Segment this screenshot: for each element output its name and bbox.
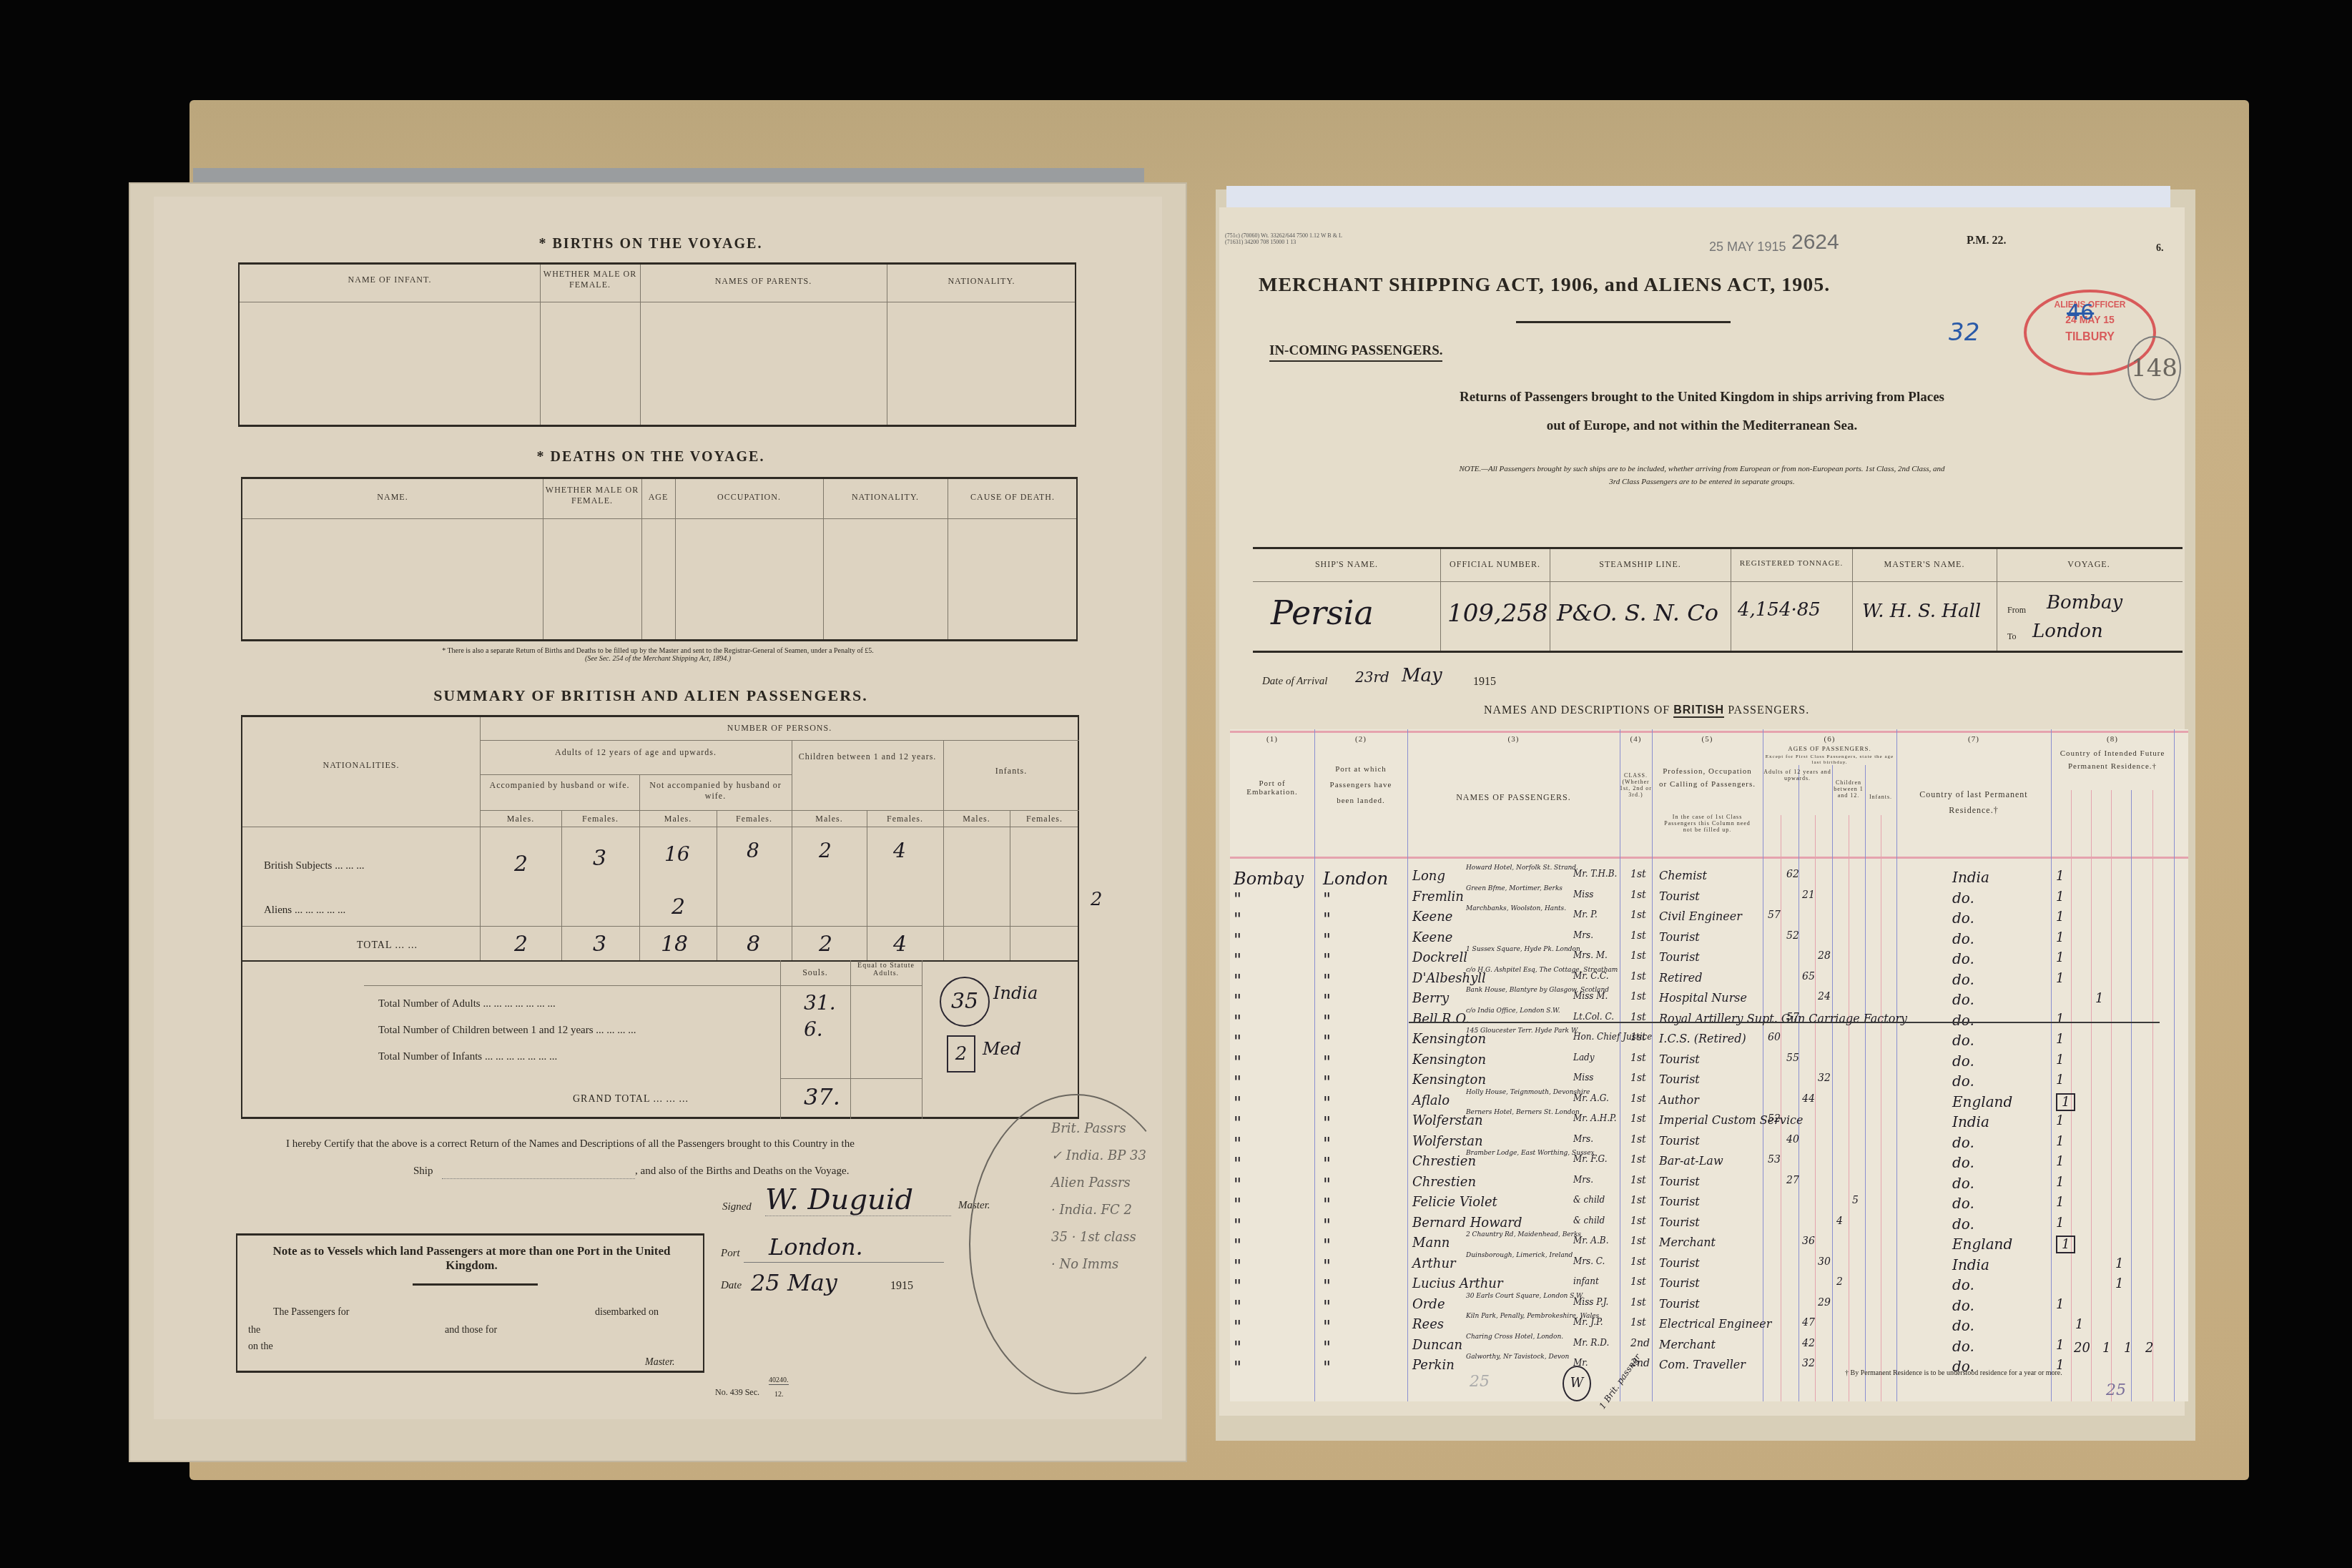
future-residence-mark: 1 [2056, 1195, 2064, 1210]
summary-total-children-females: 4 [893, 932, 907, 957]
master-name: W. H. S. Hall [1862, 601, 1981, 622]
passenger-row: ""ChrestienBramber Lodge, East Worthing,… [1230, 1154, 2188, 1175]
embark-port: " [1234, 1317, 1241, 1337]
ship-name: Persia [1271, 593, 1374, 632]
port-label: Port [721, 1248, 740, 1260]
total-adults-label: Total Number of Adults ... ... ... ... .… [378, 998, 556, 1010]
last-residence: India [1952, 1256, 1989, 1273]
landed-port: " [1323, 1297, 1331, 1317]
future-residence-mark: 1 [2056, 971, 2064, 986]
passenger-class: 1st [1630, 869, 1646, 880]
date-of-arrival-label: Date of Arrival [1262, 676, 1327, 688]
certification-ship-label: Ship [413, 1165, 433, 1178]
passenger-title: Mrs. C. [1573, 1256, 1605, 1266]
blue-annotation: 32 [1949, 318, 1979, 347]
passenger-row: ""Mann2 Chauntry Rd, Maidenhead, BerksMr… [1230, 1236, 2188, 1257]
passenger-row: BombayLondonLongHoward Hotel, Norfolk St… [1230, 869, 2188, 890]
embark-port: " [1234, 1256, 1241, 1276]
summary-british-adult-notacc-males: 16 [664, 842, 690, 866]
embark-port: " [1234, 1032, 1241, 1052]
strike-through-line [1409, 1022, 2160, 1023]
summary-total-children-males: 2 [819, 932, 832, 957]
passenger-row: ""KensingtonMiss1stTouristdo.321 [1230, 1073, 2188, 1094]
registered-tonnage: 4,154·85 [1738, 599, 1821, 621]
deaths-col-nationality: NATIONALITY. [823, 492, 948, 503]
summary-row-total-label: TOTAL ... ... [357, 940, 418, 952]
passenger-name: Fremlin [1412, 889, 1464, 904]
received-number: 2624 [1791, 230, 1839, 255]
passenger-row: ""Felicie Violet& child1stTouristdo.51 [1230, 1195, 2188, 1216]
passenger-class: 1st [1630, 1175, 1646, 1186]
passenger-title: Mr. F.G. [1573, 1154, 1608, 1164]
summary-british-adult-acc-males: 2 [514, 852, 528, 877]
passenger-class: 1st [1630, 1032, 1646, 1043]
future-residence-mark: 1 [2056, 1338, 2064, 1353]
signature-line [765, 1216, 951, 1216]
landed-port: " [1323, 1154, 1331, 1174]
note-box-line2a: the [248, 1325, 260, 1336]
passenger-class: 1st [1630, 1154, 1646, 1165]
description-line1: Returns of Passengers brought to the Uni… [1244, 390, 2160, 405]
passenger-row: ""BerryBank House, Blantyre by Glasgow, … [1230, 991, 2188, 1012]
ledger-col2-label: Port at which Passengers have been lande… [1322, 761, 1400, 809]
passenger-row: ""KeeneMarchbanks, Woolston, Hants.Mr. P… [1230, 909, 2188, 931]
deaths-title: * DEATHS ON THE VOYAGE. [229, 449, 1073, 465]
passenger-name: Long [1412, 869, 1445, 884]
total-infants-label: Total Number of Infants ... ... ... ... … [378, 1051, 557, 1063]
future-residence-mark: 1 [2095, 991, 2103, 1006]
passenger-row: ""Bernard Howard& child1stTouristdo.41 [1230, 1216, 2188, 1237]
ship-header-name: SHIP'S NAME. [1253, 559, 1440, 570]
last-residence: do. [1952, 1175, 1974, 1192]
received-stamp: 25 MAY 1915 [1709, 240, 1786, 255]
landed-port: London [1323, 869, 1388, 889]
passenger-age: 53 [1768, 1154, 1781, 1165]
summary-british-children-females: 4 [893, 839, 906, 862]
future-residence-mark: 1 [2056, 1154, 2064, 1169]
summary-aliens-adult-notacc-males: 2 [671, 894, 685, 919]
passenger-class: 1st [1630, 1073, 1646, 1084]
passenger-age: 55 [1786, 1052, 1799, 1064]
passenger-row: ""ChrestienMrs.1stTouristdo.271 [1230, 1175, 2188, 1196]
passenger-title: Lt.Col. C. [1573, 1012, 1614, 1022]
permanent-residence-footnote: † By Permanent Residence is to be unders… [1845, 1369, 2062, 1377]
passenger-name: Duncan [1412, 1338, 1462, 1353]
last-residence: do. [1952, 889, 1974, 907]
passenger-class: 1st [1630, 1216, 1646, 1227]
passenger-row: ""ReesKiln Park, Penally, Pembrokeshire,… [1230, 1317, 2188, 1338]
summary-souls-header: Souls. [780, 967, 850, 978]
passenger-title: Miss [1573, 889, 1593, 899]
passenger-name: Keene [1412, 909, 1453, 924]
ledger-col6-infants: Infants. [1865, 794, 1896, 800]
births-col-parents: NAMES OF PARENTS. [640, 276, 887, 287]
future-residence-mark: 1 [2056, 909, 2064, 924]
passenger-title: Mrs. [1573, 1134, 1593, 1144]
births-col-nationality: NATIONALITY. [887, 276, 1076, 287]
total-adults-value: 31. [804, 991, 836, 1015]
future-residence-mark: 1 [2056, 1073, 2064, 1088]
passenger-title: & child [1573, 1195, 1605, 1205]
embark-port: " [1234, 1216, 1241, 1236]
passenger-title: Mr. C.C. [1573, 971, 1608, 981]
summary-total-adult-notacc-females: 8 [747, 932, 760, 957]
future-residence-mark: 1 [2056, 1175, 2064, 1190]
passenger-title: Miss P.J. [1573, 1297, 1608, 1307]
passenger-occupation: Tourist [1659, 950, 1700, 964]
last-residence: do. [1952, 1195, 1974, 1212]
pencil-notes: Brit. Passrs ✓ India. BP 33 Alien Passrs… [1051, 1115, 1146, 1278]
print-codes: (751c) (70060) Wt. 33262/644 7500 1.12 W… [1225, 232, 1342, 245]
landed-port: " [1323, 971, 1331, 991]
embark-port: " [1234, 1358, 1241, 1378]
summary-title: SUMMARY OF BRITISH AND ALIEN PASSENGERS. [229, 686, 1073, 705]
summary-total-adult-acc-females: 3 [593, 932, 606, 957]
ledger-col4-number: (4) [1620, 735, 1652, 744]
passenger-title: Mrs. [1573, 1175, 1593, 1185]
form-fraction-bottom: 12. [774, 1391, 784, 1399]
passenger-name: Felicie Violet [1412, 1195, 1497, 1210]
passenger-occupation: I.C.S. (Retired) [1659, 1032, 1746, 1045]
ledger-col6-label: AGES OF PASSENGERS. [1763, 745, 1896, 752]
ledger-col6-adults: Adults of 12 years and upwards. [1763, 769, 1832, 781]
passenger-name: Keene [1412, 930, 1453, 945]
landed-port: " [1323, 1093, 1331, 1113]
last-residence: do. [1952, 930, 1974, 947]
aliens-margin-note: 2 [1091, 889, 1103, 910]
passenger-name: Perkin [1412, 1358, 1455, 1373]
summary-table: NUMBER OF PERSONS. NATIONALITIES. Adults… [241, 715, 1079, 1119]
passenger-title: Mr. A.G. [1573, 1093, 1609, 1103]
landed-port: " [1323, 1256, 1331, 1276]
passenger-name: Berry [1412, 991, 1449, 1006]
passenger-age: 30 [1818, 1256, 1831, 1268]
passenger-class: 1st [1630, 1236, 1646, 1247]
passenger-title: Miss [1573, 1073, 1593, 1083]
landed-port: " [1323, 1073, 1331, 1093]
embark-port: " [1234, 991, 1241, 1011]
crossed-number: 46 [2067, 300, 2094, 325]
subtitle: IN-COMING PASSENGERS. [1269, 343, 1442, 362]
passenger-title: Miss M. [1573, 991, 1608, 1001]
ledger-col3-number: (3) [1407, 735, 1620, 744]
landed-port: " [1323, 1175, 1331, 1195]
deaths-table: NAME. WHETHER MALE OR FEMALE. AGE OCCUPA… [241, 477, 1078, 641]
passenger-ledger: (1) Port of Embarkation. (2) Port at whi… [1230, 729, 2188, 1401]
future-residence-mark: 1 [2056, 1297, 2064, 1312]
summary-not-accompanied-header: Not accompanied by husband or wife. [639, 780, 792, 802]
passenger-occupation: Royal Artillery Supt. Gun Carriage Facto… [1659, 1012, 1907, 1025]
births-deaths-footnote: * There is also a separate Return of Bir… [236, 647, 1080, 663]
summary-accompanied-header: Accompanied by husband or wife. [480, 780, 639, 791]
passenger-age: 36 [1802, 1236, 1815, 1247]
births-col-sex: WHETHER MALE OR FEMALE. [540, 269, 640, 290]
grand-total-value: 37. [804, 1083, 840, 1110]
passenger-age: 47 [1802, 1317, 1815, 1328]
last-residence: do. [1952, 1338, 1974, 1355]
passenger-occupation: Tourist [1659, 889, 1700, 903]
ship-header-number: OFFICIAL NUMBER. [1440, 559, 1550, 570]
passenger-title: Mr. T.H.B. [1573, 869, 1617, 879]
births-table: NAME OF INFANT. WHETHER MALE OR FEMALE. … [238, 262, 1076, 427]
steamship-line: P&O. S. N. Co [1557, 599, 1718, 626]
landed-port: " [1323, 950, 1331, 970]
date-of-arrival-month: May [1402, 665, 1442, 686]
summary-sub-males-1: Males. [480, 814, 561, 824]
passenger-occupation: Tourist [1659, 1297, 1700, 1311]
passenger-address: 30 Earls Court Square, London S.W. [1466, 1293, 1584, 1300]
passenger-occupation: Tourist [1659, 1195, 1700, 1208]
summary-adults-header: Adults of 12 years of age and upwards. [480, 747, 792, 758]
certification-line2: , and also of the Births and Deaths on t… [635, 1165, 849, 1178]
summary-sub-males-3: Males. [792, 814, 867, 824]
landed-port: " [1323, 1032, 1331, 1052]
future-residence-mark: 1 [2056, 1093, 2075, 1111]
ledger-col4-label: CLASS. (Whether 1st, 2nd or 3rd.) [1620, 772, 1652, 798]
future-residence-mark: 1 [2075, 1317, 2083, 1332]
landed-port: " [1323, 1236, 1331, 1256]
passenger-title: Mr. R.D. [1573, 1338, 1609, 1348]
passenger-age: 24 [1818, 991, 1831, 1002]
landed-port: " [1323, 909, 1331, 930]
form-code: P.M. 22. [1967, 235, 2006, 247]
passenger-class: 1st [1630, 1195, 1646, 1206]
passenger-age: 52 [1786, 930, 1799, 942]
passenger-row: ""Lucius Arthurinfant1stTouristdo.21 [1230, 1276, 2188, 1298]
summary-sub-females-2: Females. [717, 814, 792, 824]
passenger-address: Berners Hotel, Berners St. London [1466, 1109, 1580, 1116]
passenger-address: Marchbanks, Woolston, Hants. [1466, 905, 1566, 912]
note-box-title: Note as to Vessels which land Passengers… [252, 1244, 692, 1273]
passenger-row: ""WolferstanBerners Hotel, Berners St. L… [1230, 1113, 2188, 1135]
passenger-address: 145 Gloucester Terr. Hyde Park W. [1466, 1027, 1578, 1035]
passenger-age: 5 [1852, 1195, 1859, 1206]
passenger-name: Orde [1412, 1297, 1445, 1312]
date-of-arrival-day: 23rd [1355, 669, 1389, 686]
last-residence: India [1952, 1113, 1989, 1130]
landed-port: " [1323, 1113, 1331, 1133]
passenger-occupation: Bar-at-Law [1659, 1154, 1723, 1168]
future-residence-mark: 1 [2056, 1052, 2064, 1067]
passenger-address: Duinsborough, Limerick, Ireland [1466, 1252, 1573, 1259]
voyage-to-label: To [2007, 631, 2017, 642]
last-residence: India [1952, 869, 1989, 886]
annotation-circled-35: 35 [940, 977, 990, 1027]
annotation-med: Med [983, 1039, 1021, 1059]
passenger-row: ""Bell R.O.c/o India Office, London S.W.… [1230, 1012, 2188, 1033]
passenger-row: ""Orde30 Earls Court Square, London S.W.… [1230, 1297, 2188, 1318]
port-value: London. [769, 1233, 863, 1261]
last-residence: do. [1952, 950, 1974, 967]
passenger-age: 40 [1786, 1134, 1799, 1145]
embark-port: " [1234, 950, 1241, 970]
ledger-col6-children: Children between 1 and 12. [1832, 779, 1865, 799]
note-box: Note as to Vessels which land Passengers… [236, 1233, 704, 1373]
embark-port: " [1234, 1154, 1241, 1174]
certification-line1: I hereby Certify that the above is a cor… [286, 1138, 855, 1150]
passenger-row: ""ArthurDuinsborough, Limerick, IrelandM… [1230, 1256, 2188, 1278]
summary-british-adult-acc-females: 3 [593, 846, 606, 871]
births-col-name: NAME OF INFANT. [240, 275, 540, 285]
passenger-occupation: Retired [1659, 971, 1702, 985]
passenger-address: Charing Cross Hotel, London. [1466, 1333, 1563, 1341]
embark-port: " [1234, 971, 1241, 991]
ledger-col5-note: In the case of 1st Class Passengers this… [1659, 814, 1756, 833]
deaths-col-name: NAME. [242, 492, 543, 503]
passenger-name: Kensington [1412, 1052, 1486, 1067]
last-residence: England [1952, 1236, 2012, 1253]
embark-port: " [1234, 1134, 1241, 1154]
passenger-age: 28 [1818, 950, 1831, 962]
note-box-line3a: on the [248, 1341, 273, 1353]
passenger-occupation: Tourist [1659, 930, 1700, 944]
passenger-name: Chrestien [1412, 1175, 1476, 1190]
total-children-value: 6. [804, 1017, 823, 1041]
births-title: * BIRTHS ON THE VOYAGE. [229, 236, 1073, 252]
landed-port: " [1323, 1338, 1331, 1358]
note-box-master: Master. [645, 1357, 675, 1369]
embark-port: " [1234, 1073, 1241, 1093]
passenger-title: Mr. P. [1573, 909, 1598, 919]
passenger-class: 1st [1630, 1276, 1646, 1288]
description-line2: out of Europe, and not within the Medite… [1244, 418, 2160, 434]
passenger-name: Dockrell [1412, 950, 1467, 965]
annotation-india: India [993, 983, 1038, 1003]
pencil-left: 25 [1470, 1373, 1490, 1391]
passenger-row: ""Kensington145 Gloucester Terr. Hyde Pa… [1230, 1032, 2188, 1053]
passenger-title: & child [1573, 1216, 1605, 1226]
summary-total-adult-acc-males: 2 [514, 932, 528, 957]
passenger-class: 1st [1630, 1134, 1646, 1145]
passenger-address: Green Bfme, Mortimer, Berks [1466, 885, 1563, 892]
date-of-arrival-year: 1915 [1473, 676, 1496, 689]
passenger-occupation: Tourist [1659, 1052, 1700, 1066]
summary-british-children-males: 2 [819, 839, 832, 862]
passenger-address: c/o India Office, London S.W. [1466, 1007, 1560, 1015]
ledger-col7-label: Country of last Permanent Residence.† [1911, 787, 2037, 818]
last-residence: do. [1952, 1216, 1974, 1233]
summary-number-of-persons: NUMBER OF PERSONS. [480, 723, 1079, 734]
passenger-class: 1st [1630, 1317, 1646, 1328]
passenger-name: Bernard Howard [1412, 1216, 1522, 1231]
embark-port: " [1234, 1012, 1241, 1032]
summary-sub-males-4: Males. [943, 814, 1010, 824]
landed-port: " [1323, 1012, 1331, 1032]
embark-port: " [1234, 1297, 1241, 1317]
passenger-occupation: Com. Traveller [1659, 1358, 1746, 1371]
future-residence-mark: 1 [2056, 1113, 2064, 1128]
last-residence: England [1952, 1093, 2012, 1110]
signature: W. Duguid [765, 1183, 913, 1216]
passenger-title: Mr. J.P. [1573, 1317, 1603, 1327]
landed-port: " [1323, 1358, 1331, 1378]
passenger-address: 2 Chauntry Rd, Maidenhead, Berks [1466, 1231, 1581, 1238]
last-residence: do. [1952, 1052, 1974, 1070]
ledger-col8-number: (8) [2051, 735, 2174, 744]
last-residence: do. [1952, 1297, 1974, 1314]
note-box-line2b: and those for [445, 1325, 497, 1336]
embark-port: " [1234, 930, 1241, 950]
passenger-name: Aflalo [1412, 1093, 1450, 1108]
ledger-col6-note: Except for First Class Passengers, state… [1763, 754, 1896, 765]
total-children-label: Total Number of Children between 1 and 1… [378, 1025, 636, 1037]
passenger-occupation: Tourist [1659, 1134, 1700, 1148]
passenger-class: 1st [1630, 1256, 1646, 1268]
embark-port: Bombay [1234, 869, 1304, 889]
passenger-age: 2 [1836, 1276, 1843, 1288]
date-label: Date [721, 1280, 742, 1292]
future-residence-mark: 1 [2056, 1216, 2064, 1231]
ledger-col1-label: Port of Embarkation. [1236, 779, 1309, 797]
last-residence: do. [1952, 971, 1974, 988]
passenger-occupation: Hospital Nurse [1659, 991, 1747, 1005]
summary-sub-females-1: Females. [561, 814, 639, 824]
main-title: MERCHANT SHIPPING ACT, 1906, and ALIENS … [1259, 274, 2117, 297]
summary-infants-header: Infants. [943, 766, 1079, 776]
summary-sub-males-2: Males. [639, 814, 717, 824]
last-residence: do. [1952, 991, 1974, 1008]
last-residence: do. [1952, 1317, 1974, 1334]
passenger-age: 32 [1818, 1073, 1831, 1084]
future-residence-mark: 1 [2056, 1134, 2064, 1149]
passenger-title: Lady [1573, 1052, 1595, 1062]
passenger-name: Mann [1412, 1236, 1450, 1251]
passenger-title: Mr. A.B. [1573, 1236, 1608, 1246]
circled-initial: W [1563, 1366, 1591, 1401]
passenger-name: Rees [1412, 1317, 1444, 1332]
ledger-col1-number: (1) [1230, 735, 1314, 744]
landed-port: " [1323, 889, 1331, 909]
certification-ship-field [442, 1178, 635, 1179]
annotation-boxed-2: 2 [947, 1035, 975, 1073]
official-number: 109,258 [1447, 599, 1548, 628]
landed-port: " [1323, 1052, 1331, 1073]
last-residence: do. [1952, 909, 1974, 927]
passenger-name: Wolferstan [1412, 1134, 1483, 1149]
ship-header-line: STEAMSHIP LINE. [1550, 559, 1731, 570]
note-box-line1a: The Passengers for [273, 1307, 350, 1318]
future-residence-mark: 1 [2056, 1012, 2064, 1027]
passenger-occupation: Merchant [1659, 1236, 1716, 1249]
passenger-occupation: Author [1659, 1093, 1699, 1107]
landed-port: " [1323, 1216, 1331, 1236]
passenger-address: Howard Hotel, Norfolk St. Strand. [1466, 864, 1578, 872]
passenger-occupation: Merchant [1659, 1338, 1716, 1351]
passenger-name: Arthur [1412, 1256, 1456, 1271]
ledger-col5-label: Profession, Occupation or Calling of Pas… [1659, 765, 1756, 791]
ship-header-tonnage: REGISTERED TONNAGE. [1731, 559, 1852, 568]
passenger-age: 32 [1802, 1358, 1815, 1369]
names-title: NAMES AND DESCRIPTIONS OF BRITISH PASSEN… [1484, 704, 1809, 717]
embark-port: " [1234, 1195, 1241, 1215]
passenger-age: 65 [1802, 971, 1815, 982]
ledger-col5-number: (5) [1652, 735, 1763, 744]
date-value: 25 May [751, 1269, 837, 1296]
embark-port: " [1234, 1113, 1241, 1133]
embark-port: " [1234, 889, 1241, 909]
passenger-class: 1st [1630, 930, 1646, 942]
ledger-col8-label: Country of Intended Future Permanent Res… [2058, 747, 2167, 773]
embark-port: " [1234, 1093, 1241, 1113]
passenger-occupation: Tourist [1659, 1216, 1700, 1229]
last-residence: do. [1952, 1134, 1974, 1151]
deaths-col-occupation: OCCUPATION. [675, 492, 823, 503]
grand-total-label: GRAND TOTAL ... ... ... [573, 1094, 689, 1105]
deaths-col-cause: CAUSE OF DEATH. [948, 492, 1078, 503]
passenger-row: ""KensingtonLady1stTouristdo.551 [1230, 1052, 2188, 1074]
landed-port: " [1323, 991, 1331, 1011]
passenger-row: ""FremlinGreen Bfme, Mortimer, BerksMiss… [1230, 889, 2188, 911]
